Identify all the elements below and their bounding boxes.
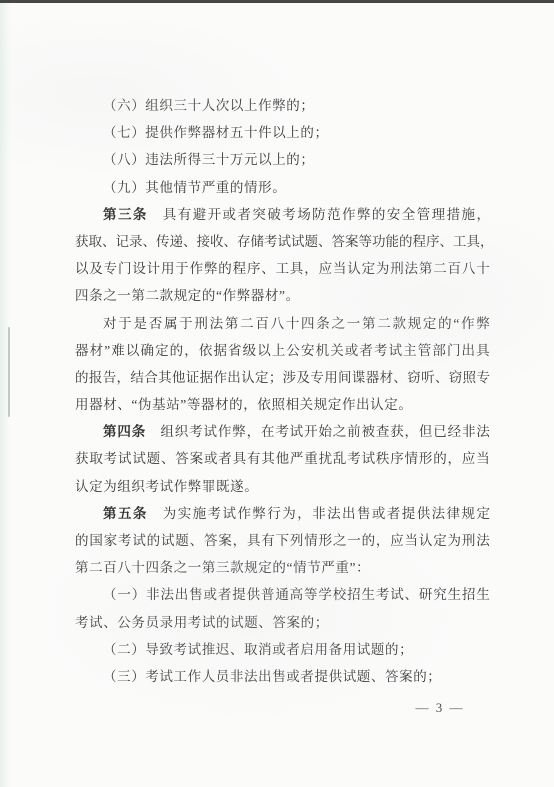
- document-line: 第四条 组织考试作弊，在考试开始之前被查获，但已经非法: [75, 418, 490, 445]
- document-line: 的国家考试的试题、答案，具有下列情形之一的，应当认定为刑法: [75, 527, 490, 554]
- document-text-block: （六）组织三十人次以上作弊的；（七）提供作弊器材五十件以上的；（八）违法所得三十…: [75, 92, 490, 690]
- document-line: （三）考试工作人员非法出售或者提供试题、答案的；: [75, 663, 490, 690]
- document-line: 用器材、“伪基站”等器材的，依照相关规定作出认定。: [75, 391, 490, 418]
- document-line: 对于是否属于刑法第二百八十四条之一第二款规定的“作弊: [75, 310, 490, 337]
- document-line: （七）提供作弊器材五十件以上的；: [75, 119, 490, 146]
- document-line: 认定为组织考试作弊罪既遂。: [75, 473, 490, 500]
- document-line: 以及专门设计用于作弊的程序、工具，应当认定为刑法第二百八十: [75, 255, 490, 282]
- document-line: 器材”难以确定的，依据省级以上公安机关或者考试主管部门出具: [75, 337, 490, 364]
- document-line: 获取考试试题、答案或者具有其他严重扰乱考试秩序情形的，应当: [75, 445, 490, 472]
- document-line: 第三条 具有避开或者突破考场防范作弊的安全管理措施，: [75, 201, 490, 228]
- document-line: 的报告，结合其他证据作出认定；涉及专用间谍器材、窃听、窃照专: [75, 364, 490, 391]
- document-line: 第五条 为实施考试作弊行为，非法出售或者提供法律规定: [75, 500, 490, 527]
- document-line: （二）导致考试推迟、取消或者启用备用试题的；: [75, 636, 490, 663]
- document-line: （八）违法所得三十万元以上的；: [75, 146, 490, 173]
- document-line: 第二百八十四条之一第三款规定的“情节严重”：: [75, 554, 490, 581]
- document-line: 考试、公务员录用考试的试题、答案的；: [75, 609, 490, 636]
- document-line: 获取、记录、传递、接收、存储考试试题、答案等功能的程序、工具，: [75, 228, 490, 255]
- page-number: — 3 —: [400, 697, 480, 719]
- document-line: （六）组织三十人次以上作弊的；: [75, 92, 490, 119]
- document-line: 四条之一第二款规定的“作弊器材”。: [75, 282, 490, 309]
- scan-top-edge: [0, 0, 554, 3]
- document-line: （九）其他情节严重的情形。: [75, 174, 490, 201]
- document-line: （一）非法出售或者提供普通高等学校招生考试、研究生招生: [75, 581, 490, 608]
- scan-left-artifact-line: [8, 327, 10, 417]
- scanned-page: （六）组织三十人次以上作弊的；（七）提供作弊器材五十件以上的；（八）违法所得三十…: [0, 0, 554, 787]
